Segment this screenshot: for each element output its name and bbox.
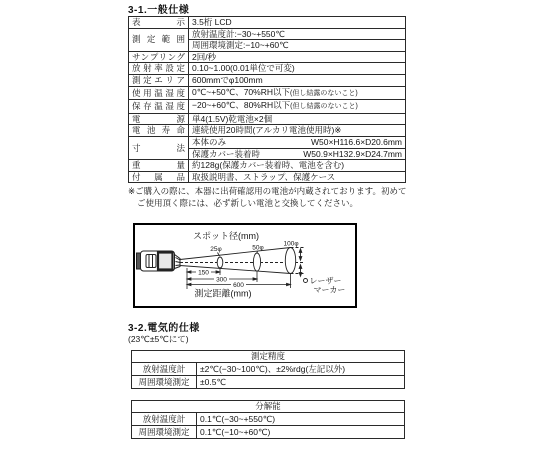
row-value: 取扱説明書、ストラップ、保護ケース <box>189 171 406 183</box>
spot-diameter-diagram: スポット径(mm) 25φ 50φ 100φ 150 300 600 測定距離(… <box>133 223 357 308</box>
table-row: 保存温湿度 −20~+60℃、80%RH以下(但し結露のないこと) <box>129 100 406 114</box>
row-label: 表示 <box>129 17 189 29</box>
row-label: 寸法 <box>129 136 189 159</box>
row-label: 放射率設定 <box>129 63 189 75</box>
row-value: 0℃~+50℃、70%RH以下(但し結露のないこと) <box>189 86 406 100</box>
manual-page: 3-1.一般仕様 表示 3.5桁 LCD 測定範囲 放射温度計:−30~+550… <box>0 0 540 450</box>
table-header: 分解能 <box>132 401 405 413</box>
row-label: 放射温度計 <box>132 362 197 375</box>
row-value: 2回/秒 <box>189 51 406 63</box>
size-variant: 本体のみ <box>192 137 226 148</box>
row-value: ±2℃(−30~100℃)、±2%rdg(左記以外) <box>197 362 405 375</box>
row-value-main: −20~+60℃、80%RH以下 <box>192 100 290 110</box>
row-value: ±0.5℃ <box>197 375 405 388</box>
table-row: 寸法 本体のみW50×H116.6×D20.6mm <box>129 136 406 148</box>
table-header: 測定精度 <box>132 351 405 363</box>
row-label: 保存温湿度 <box>129 100 189 114</box>
spot-100-label: 100φ <box>283 241 298 248</box>
distance-150-label: 150 <box>198 269 209 276</box>
laser-marker-arrows <box>299 249 307 283</box>
row-value: 約128g(保護カバー装着時、電池を含む) <box>189 160 406 172</box>
row-label: 付属品 <box>129 171 189 183</box>
row-label: 電池寿命 <box>129 125 189 137</box>
row-value: 保護カバー装着時W50.9×H132.9×D24.7mm <box>189 148 406 160</box>
row-value-note: (但し結露のないこと) <box>290 103 358 110</box>
table-row: 放射率設定 0.10~1.00(0.01単位で可変) <box>129 63 406 75</box>
row-label: サンプリング <box>129 51 189 63</box>
measurement-distance-label: 測定距離(mm) <box>195 288 252 299</box>
resolution-table: 分解能 放射温度計 0.1℃(−30~+550℃) 周囲環境測定 0.1℃(−1… <box>131 400 405 439</box>
row-value: 0.1℃(−10~+60℃) <box>197 425 405 438</box>
spot-diameter-label: スポット径(mm) <box>193 230 259 241</box>
distance-300-label: 300 <box>216 276 227 283</box>
section-1-title: 3-1.一般仕様 <box>128 1 189 16</box>
test-condition: (23℃±5℃にて) <box>128 333 189 345</box>
row-value: 3.5桁 LCD <box>189 17 406 29</box>
row-label: 放射温度計 <box>132 412 197 425</box>
table-row: 周囲環境測定 ±0.5℃ <box>132 375 405 388</box>
general-spec-table: 表示 3.5桁 LCD 測定範囲 放射温度計:−30~+550℃ 周囲環境測定:… <box>128 16 406 183</box>
table-header-row: 分解能 <box>132 401 405 413</box>
table-row: 電池寿命 連続使用20時間(アルカリ電池使用時)※ <box>129 125 406 137</box>
section-2-title: 3-2.電気的仕様 <box>128 319 200 334</box>
row-value: 本体のみW50×H116.6×D20.6mm <box>189 136 406 148</box>
table-row: 重量 約128g(保護カバー装着時、電池を含む) <box>129 160 406 172</box>
size-value: W50.9×H132.9×D24.7mm <box>303 149 402 160</box>
table-row: 付属品 取扱説明書、ストラップ、保護ケース <box>129 171 406 183</box>
row-value-main: 0℃~+50℃、70%RH以下 <box>192 87 290 97</box>
spot-50-label: 50φ <box>252 245 263 252</box>
laser-marker-label-line1: レーザー <box>310 277 342 286</box>
accuracy-table: 測定精度 放射温度計 ±2℃(−30~100℃)、±2%rdg(左記以外) 周囲… <box>131 350 405 389</box>
row-value: 600mmでφ100mm <box>189 74 406 86</box>
row-label: 使用温湿度 <box>129 86 189 100</box>
laser-marker-label-line2: マーカー <box>314 286 346 295</box>
row-label: 測定範囲 <box>129 28 189 51</box>
row-label: 測定エリア <box>129 74 189 86</box>
row-value: −20~+60℃、80%RH以下(但し結露のないこと) <box>189 100 406 114</box>
table-row: 表示 3.5桁 LCD <box>129 17 406 29</box>
battery-note: ※ご購入の際に、本器に出荷確認用の電池が内蔵されております。初めて ご使用頂く際… <box>128 185 430 209</box>
table-row: 測定範囲 放射温度計:−30~+550℃ <box>129 28 406 40</box>
table-row: 測定エリア 600mmでφ100mm <box>129 74 406 86</box>
table-row: 電源 単4(1.5V)乾電池×2個 <box>129 113 406 125</box>
row-value: 0.10~1.00(0.01単位で可変) <box>189 63 406 75</box>
size-variant: 保護カバー装着時 <box>192 149 260 160</box>
note-line-1: ※ご購入の際に、本器に出荷確認用の電池が内蔵されております。初めて <box>128 185 430 197</box>
row-value: 0.1℃(−30~+550℃) <box>197 412 405 425</box>
row-value-note: (但し結露のないこと) <box>290 90 358 97</box>
row-value: 放射温度計:−30~+550℃ <box>189 28 406 40</box>
row-label: 周囲環境測定 <box>132 375 197 388</box>
table-row: 周囲環境測定 0.1℃(−10~+60℃) <box>132 425 405 438</box>
thermometer-drawing <box>137 251 181 271</box>
row-value: 周囲環境測定:−10~+60℃ <box>189 40 406 52</box>
row-value: 単4(1.5V)乾電池×2個 <box>189 113 406 125</box>
size-value: W50×H116.6×D20.6mm <box>311 137 402 148</box>
spot-diagram-svg: スポット径(mm) 25φ 50φ 100φ 150 300 600 測定距離(… <box>135 225 355 306</box>
table-row: サンプリング 2回/秒 <box>129 51 406 63</box>
table-row: 放射温度計 ±2℃(−30~100℃)、±2%rdg(左記以外) <box>132 362 405 375</box>
note-line-2: ご使用頂く際には、必ず新しい電池と交換してください。 <box>128 197 430 209</box>
table-header-row: 測定精度 <box>132 351 405 363</box>
table-row: 放射温度計 0.1℃(−30~+550℃) <box>132 412 405 425</box>
row-label: 周囲環境測定 <box>132 425 197 438</box>
row-value: 連続使用20時間(アルカリ電池使用時)※ <box>189 125 406 137</box>
table-row: 使用温湿度 0℃~+50℃、70%RH以下(但し結露のないこと) <box>129 86 406 100</box>
row-label: 重量 <box>129 160 189 172</box>
row-label: 電源 <box>129 113 189 125</box>
spot-25-label: 25φ <box>210 246 221 253</box>
